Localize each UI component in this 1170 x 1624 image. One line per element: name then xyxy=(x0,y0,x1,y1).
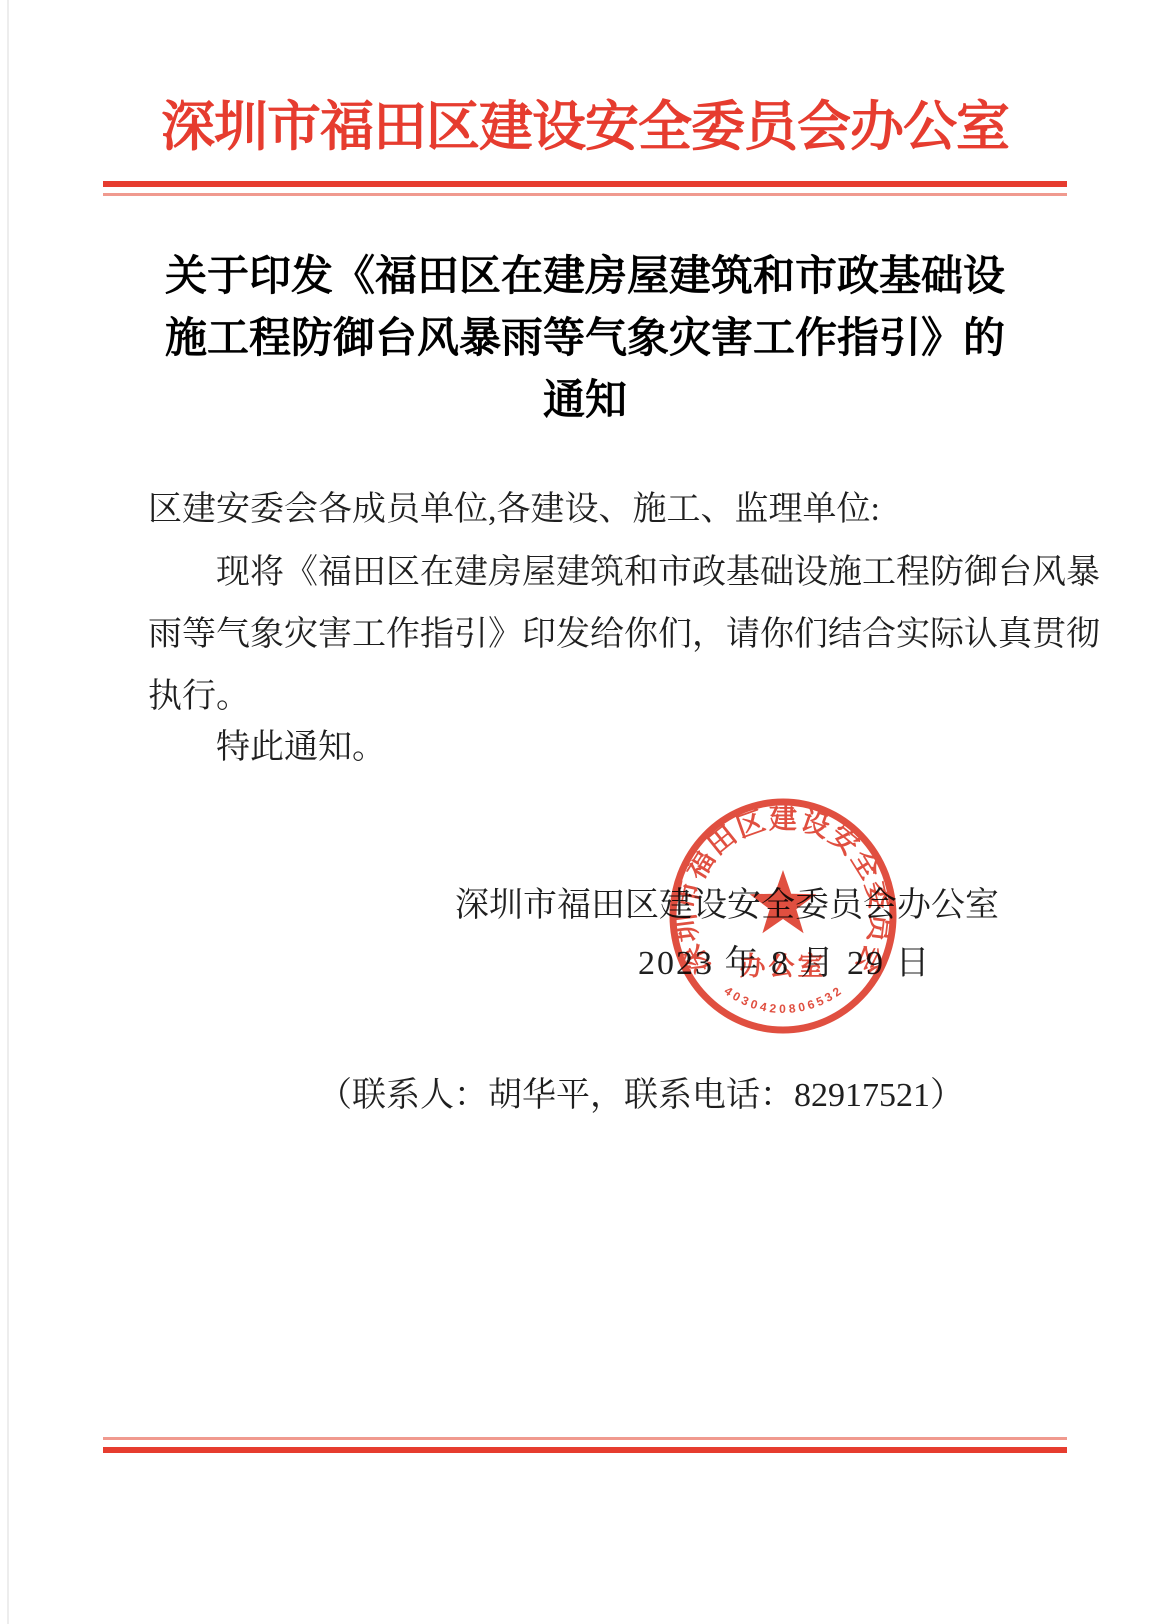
header-org-title: 深圳市福田区建设安全委员会办公室 xyxy=(0,84,1170,161)
document-title: 关于印发《福田区在建房屋建筑和市政基础设 施工程防御台风暴雨等气象灾害工作指引》… xyxy=(85,246,1085,432)
seal-star-icon xyxy=(750,870,817,933)
page-edge-line xyxy=(7,0,9,1624)
seal-serial-number: 4030420806532 xyxy=(722,984,845,1016)
seal-center-label: 办公室 xyxy=(739,951,826,981)
official-seal: 深圳市福田区建设安全委员会 办公室 4030420806532 xyxy=(663,796,903,1036)
document-title-line1: 关于印发《福田区在建房屋建筑和市政基础设 xyxy=(85,246,1085,308)
paragraph-line-2: 雨等气象灾害工作指引》印发给你们，请你们结合实际认真贯彻 xyxy=(148,615,1100,655)
paragraph-line-1: 现将《福田区在建房屋建筑和市政基础设施工程防御台风暴 xyxy=(216,553,1100,593)
header-rule-thin xyxy=(103,193,1067,196)
document-title-line2: 施工程防御台风暴雨等气象灾害工作指引》的 xyxy=(85,308,1085,370)
closing-line: 特此通知。 xyxy=(216,728,386,768)
document-title-line3: 通知 xyxy=(85,370,1085,432)
header-rule-thick xyxy=(103,181,1067,187)
document-page: 深圳市福田区建设安全委员会办公室 关于印发《福田区在建房屋建筑和市政基础设 施工… xyxy=(0,0,1170,1624)
paragraph-line-3: 执行。 xyxy=(148,677,250,717)
footer-rule-thick xyxy=(103,1447,1067,1453)
footer-rule-thin xyxy=(103,1437,1067,1440)
contact-line: （联系人：胡华平，联系电话：82917521） xyxy=(318,1076,964,1116)
salutation-line: 区建安委会各成员单位,各建设、施工、监理单位: xyxy=(148,490,880,530)
